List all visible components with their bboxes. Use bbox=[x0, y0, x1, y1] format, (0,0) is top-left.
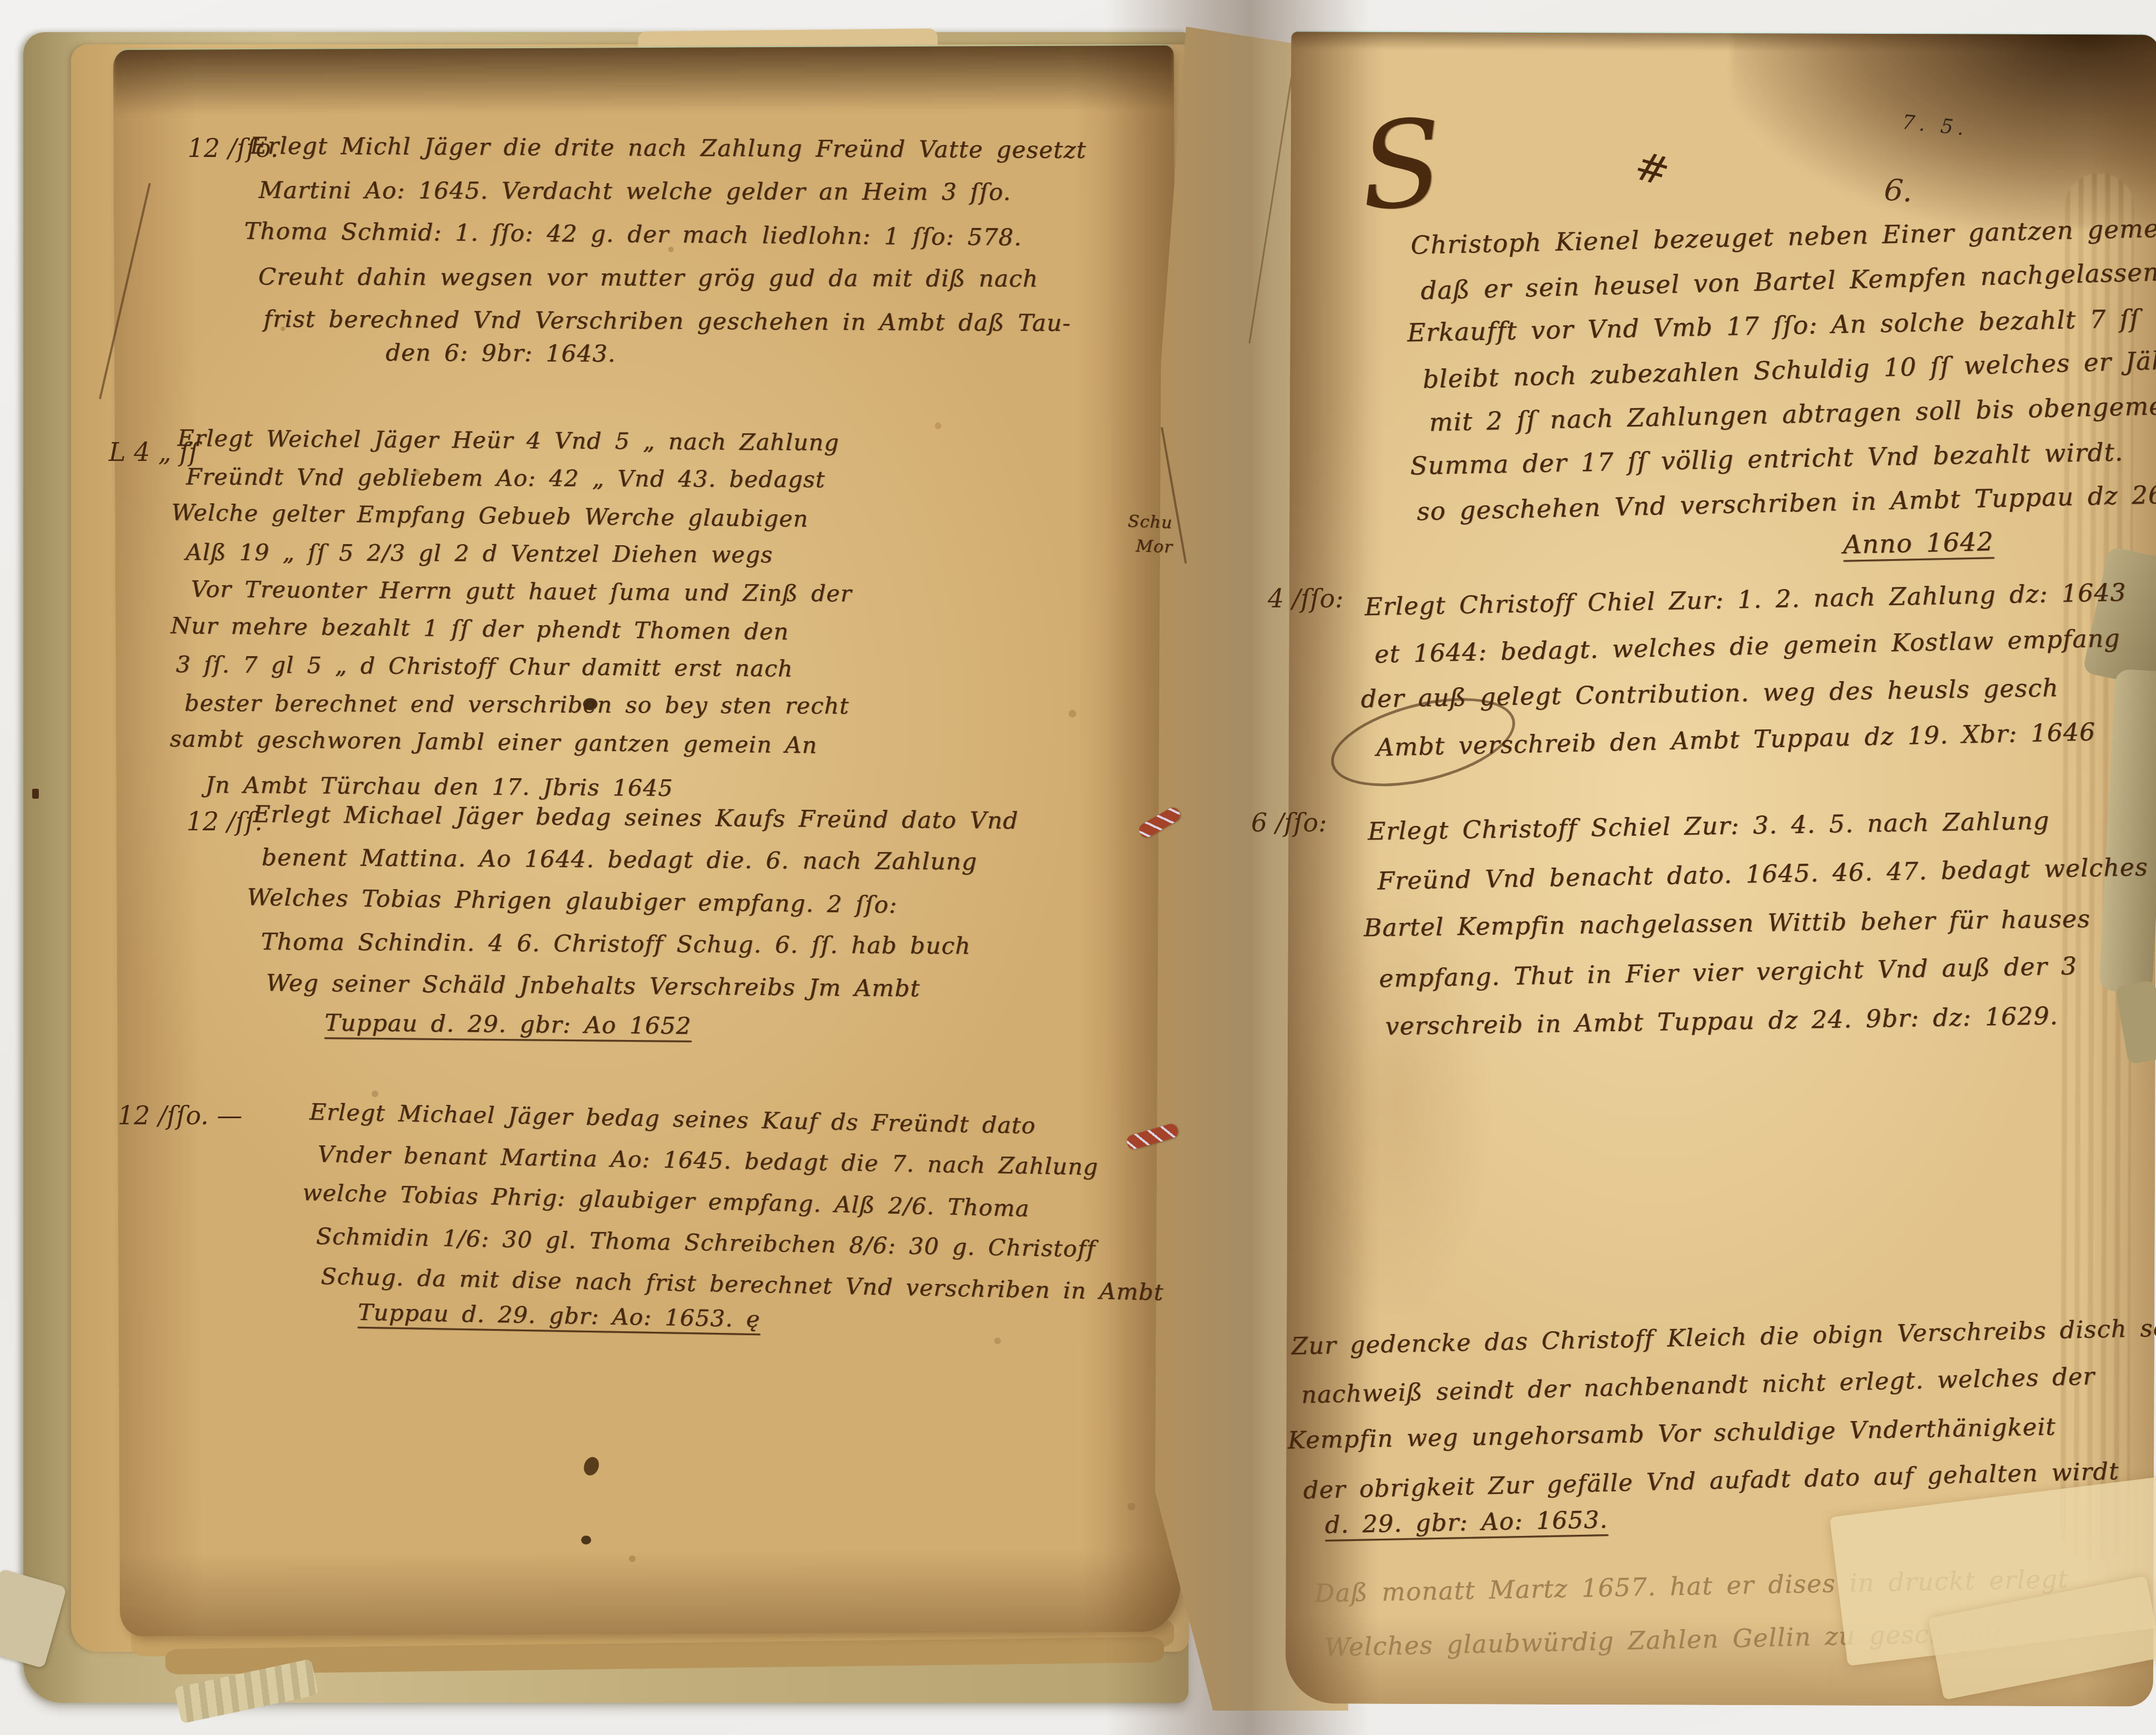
manuscript-line: Vor Treuonter Herrn gutt hauet ſuma und … bbox=[191, 570, 856, 612]
ledger-entry: Erlegt Weichel Jäger Heür 4 Vnd 5 „ nach… bbox=[175, 419, 843, 763]
manuscript-line: frist berechned Vnd Verschriben geschehe… bbox=[264, 297, 1100, 345]
ledger-entry: Erlegt Christoff Schiel Zur: 3. 4. 5. na… bbox=[1368, 795, 2142, 1052]
entry-amount-label: 12 /ſſ. bbox=[186, 806, 262, 836]
manuscript-line: Welche gelter Empfang Gebueb Werche glau… bbox=[171, 494, 837, 538]
handwriting-layer: 12 /ſſo. Erlegt Michl Jäger die drite na… bbox=[0, 0, 2156, 1735]
entry-amount-label: 12 /ſſo. — bbox=[118, 1100, 242, 1130]
ledger-entry: Erlegt Michael Jäger bedag seines Kauf d… bbox=[306, 1091, 1153, 1312]
deed-paragraph: Christoph Kienel bezeuget neben Einer ga… bbox=[1410, 204, 2156, 534]
ledger-entry: Erlegt Michael Jäger bedag seines Kaufs … bbox=[251, 793, 1019, 1011]
entry-date-line: d. 29. gbr: Ao: 1653. bbox=[1325, 1506, 1608, 1539]
initial-letter: S bbox=[1357, 103, 1446, 227]
manuscript-line: Thoma Schindin. 4 6. Christoff Schug. 6.… bbox=[261, 921, 1026, 967]
reference-mark: # bbox=[1630, 141, 1675, 195]
entry-date-line: den 6: 9br: 1643. bbox=[386, 339, 616, 367]
manuscript-line: Alß 19 „ ſſ 5 2/3 gl 2 d Ventzel Diehen … bbox=[185, 533, 851, 574]
manuscript-line: Nur mehre bezahlt 1 ſſ der phendt Thomen… bbox=[170, 607, 836, 651]
manuscript-photo: 12 /ſſo. Erlegt Michl Jäger die drite na… bbox=[0, 0, 2156, 1735]
manuscript-line: Erlegt Weichel Jäger Heür 4 Vnd 5 „ nach… bbox=[178, 419, 843, 461]
memo-paragraph: Zur gedencke das Christoff Kleich die ob… bbox=[1291, 1304, 2156, 1513]
manuscript-line: Martini Ao: 1645. Verdacht welche gelder… bbox=[259, 169, 1095, 214]
ledger-entry: Erlegt Michl Jäger die drite nach Zahlun… bbox=[249, 124, 1086, 345]
manuscript-line: Creuht dahin wegsen vor mutter grög gud … bbox=[258, 255, 1095, 301]
corner-mark: 7. 5. bbox=[1901, 111, 1970, 140]
manuscript-line: Schu bbox=[1127, 510, 1173, 536]
manuscript-line: Erlegt Michael Jäger bedag seines Kaufs … bbox=[253, 793, 1019, 842]
page-number: 6. bbox=[1883, 172, 1914, 209]
manuscript-line: Mor bbox=[1136, 534, 1181, 560]
manuscript-line: Weg seiner Schäld Jnbehalts Verschreibs … bbox=[266, 962, 1031, 1011]
manuscript-line: Erlegt Michl Jäger die drite nach Zahlun… bbox=[250, 124, 1087, 172]
manuscript-line: 3 ſſ. 7 gl 5 „ d Christoff Chur damitt e… bbox=[176, 646, 841, 688]
entry-date-line: Anno 1642 bbox=[1843, 526, 1994, 560]
gutter-note: SchuMor bbox=[1126, 510, 1173, 560]
entry-amount-label: 6 /ſſo: bbox=[1251, 808, 1327, 838]
manuscript-line: bester berechnet end verschriben so bey … bbox=[184, 684, 849, 724]
manuscript-line: Thoma Schmid: 1. ſſo: 42 g. der mach lie… bbox=[244, 210, 1081, 260]
manuscript-line: Freündt Vnd gebliebem Ao: 42 „ Vnd 43. b… bbox=[186, 458, 851, 499]
manuscript-line: Welches Tobias Phrigen glaubiger empfang… bbox=[247, 876, 1013, 927]
manuscript-line: sambt geschworen Jambl einer gantzen gem… bbox=[170, 720, 835, 764]
entry-date-line: Tuppau d. 29. gbr: Ao 1652 bbox=[325, 1009, 692, 1039]
entry-amount-label: 4 /ſſo: bbox=[1268, 584, 1344, 613]
manuscript-line: benent Mattina. Ao 1644. bedagt die. 6. … bbox=[261, 836, 1027, 883]
decorative-stroke bbox=[99, 183, 151, 400]
